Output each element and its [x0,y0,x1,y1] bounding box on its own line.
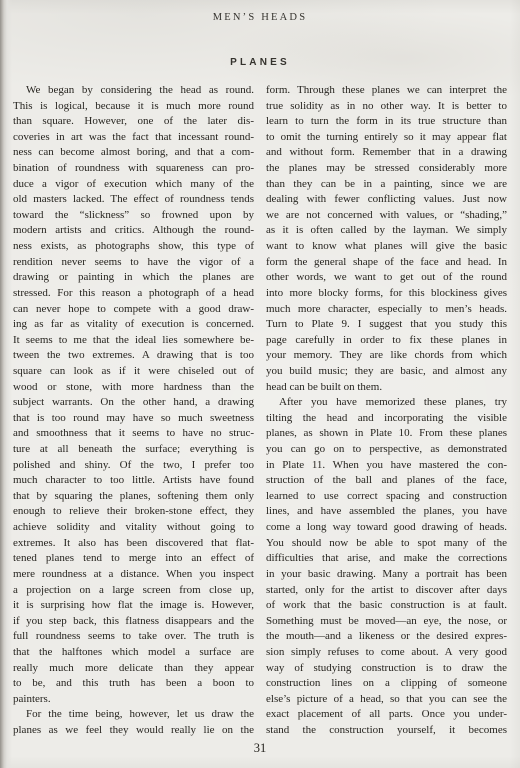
text-line: construction lines on a clipping of some… [266,676,507,692]
text-line: page carefully in order to fix these pla… [266,333,507,349]
text-line: modern artists and critics. Although the… [13,223,254,239]
text-line: tened planes tend to merge into an effec… [13,551,254,567]
text-line: toward the “slickness” so frowned upon b… [13,208,254,224]
text-line: form the general shape of the face and h… [266,255,507,271]
text-line: want to know what planes will give the b… [266,239,507,255]
text-line: full roundness seems to take over. The t… [13,629,254,645]
text-line: much character to too little. Artists ha… [13,473,254,489]
text-line: ture at all beneath the surface; everyth… [13,442,254,458]
text-line: the mouth—and a likeness or the desired … [266,629,507,645]
text-line: extremes. It also has been discovered th… [13,536,254,552]
text-line: that the halftones which model a surface… [13,645,254,661]
page-edge-shadow [0,0,12,768]
text-line: dealing with fewer conflicting values. J… [266,192,507,208]
book-page: MEN’S HEADS PLANES We began by consideri… [0,0,520,768]
text-line: achieve solidity and vitality without go… [13,520,254,536]
text-line: tilting the head and incorporating the v… [266,411,507,427]
text-line: if you step back, this flatness disappea… [13,614,254,630]
text-line: started, only for the artist to discover… [266,583,507,599]
right-column: form. Through these planes we can interp… [266,83,507,739]
text-line: than they can be in a painting, since we… [266,177,507,193]
text-line: difficulties that arise, and make the co… [266,551,507,567]
text-line: into more blocky forms, for this blockin… [266,286,507,302]
text-line: to be, and this truth has been a boon to [13,676,254,692]
text-line: For the time being, however, let us draw… [13,707,254,723]
text-line: other words, we want to get out of the r… [266,270,507,286]
text-line: learn to turn the form in its true struc… [266,114,507,130]
text-line: the planes may be stressed considerably … [266,161,507,177]
text-line: stressed. For this reason a photograph o… [13,286,254,302]
text-line: we are not concerned with values, or “sh… [266,208,507,224]
text-line: tween the two extremes. A drawing that i… [13,348,254,364]
text-line: really much more delicate than they appe… [13,661,254,677]
text-line: struction of the ball and planes of the … [266,473,507,489]
text-line: enough to relieve their broken-stone eff… [13,504,254,520]
text-line: in Plate 11. When you have mastered the … [266,458,507,474]
text-line: learned to use correct spacing and const… [266,489,507,505]
text-line: a projection on a large screen from clos… [13,583,254,599]
text-line: that by squaring the planes, softening t… [13,489,254,505]
text-line: and smoothness that it seems to have no … [13,426,254,442]
text-line: in your basic drawing. Many a portrait h… [266,567,507,583]
text-line: old masters lacked. The effect of roundn… [13,192,254,208]
text-line: bination of roundness with squareness ca… [13,161,254,177]
text-line: ness exists, as photographs show, this t… [13,239,254,255]
text-line: that is too round may have so much sweet… [13,411,254,427]
section-heading: PLANES [0,57,520,68]
text-line: drawing or painting in which the planes … [13,270,254,286]
text-line: subject warrants. On the other hand, a d… [13,395,254,411]
text-line: You should now be able to spot many of t… [266,536,507,552]
text-line: way of studying construction is to draw … [266,661,507,677]
text-line: true solidity as in no other way. It is … [266,99,507,115]
text-line: ness can become almost boring, and that … [13,145,254,161]
text-line: planes, as shown in Plate 10. From these… [266,426,507,442]
text-line: your memory. They are like chords from w… [266,348,507,364]
left-column: We began by considering the head as roun… [13,83,254,739]
text-line: square can look as if it were chiseled o… [13,364,254,380]
text-line: stand the construction yourself, it beco… [266,723,507,739]
text-line: else’s picture of a head, so that you ca… [266,692,507,708]
text-line: as it is often called by the layman. We … [266,223,507,239]
text-line: planes as we feel they would really lie … [13,723,254,739]
text-line: duce a vigor of execution which many of … [13,177,254,193]
text-line: ing as far as vitality of execution is c… [13,317,254,333]
running-head: MEN’S HEADS [0,12,520,23]
text-line: head can be built on them. [266,380,507,396]
text-line: it is surprising how flat the image is. … [13,598,254,614]
text-line: polished and shiny. Of the two, I prefer… [13,458,254,474]
text-line: of work that the basic construction is a… [266,598,507,614]
text-line: than square. However, one of the later d… [13,114,254,130]
text-line: coveries in art was the fact that incess… [13,130,254,146]
text-line: After you have memorized these planes, t… [266,395,507,411]
text-line: sion simply refuses to come about. A ver… [266,645,507,661]
text-line: can never hope to compete with a good dr… [13,302,254,318]
text-line: We began by considering the head as roun… [13,83,254,99]
text-line: rendition never seems to have the vigor … [13,255,254,271]
text-line: It seems to me that the ideal lies somew… [13,333,254,349]
text-line: mere roundness at a distance. When you i… [13,567,254,583]
text-line: you build music; they are basic, and alm… [266,364,507,380]
text-line: wood or stone, with more hardness than t… [13,380,254,396]
text-line: lines, and have assembled the planes, yo… [266,504,507,520]
text-line: to omit the turning entirely so it may a… [266,130,507,146]
text-line: come a long way toward good drawing of h… [266,520,507,536]
text-line: you can go on to perspective, as demonst… [266,442,507,458]
text-line: painters. [13,692,254,708]
text-line: much more character, especially to men’s… [266,302,507,318]
text-line: Something must be moved—an eye, the nose… [266,614,507,630]
page-number: 31 [13,741,507,756]
text-line: This is logical, because it is much more… [13,99,254,115]
text-columns: We began by considering the head as roun… [13,83,507,739]
text-line: Turn to Plate 9. I suggest that you stud… [266,317,507,333]
text-line: form. Through these planes we can interp… [266,83,507,99]
text-line: exact placement of all parts. Once you u… [266,707,507,723]
text-line: and without form. Remember that in a dra… [266,145,507,161]
